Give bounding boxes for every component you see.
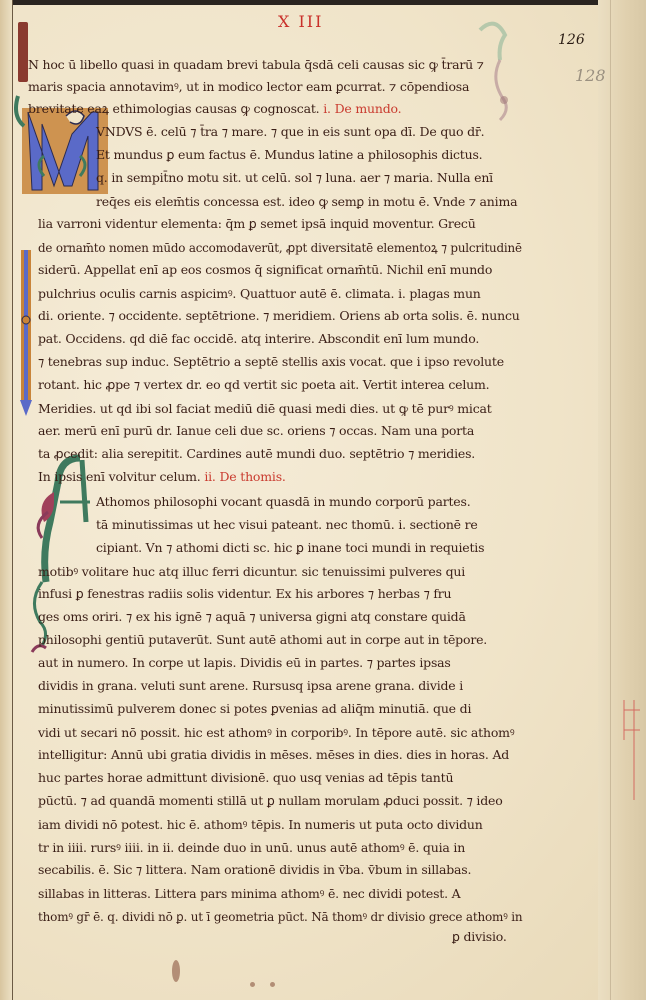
text-line: de ornam̄to nomen mūdo accomodaverūt, ꝓp… — [38, 239, 522, 256]
section-rubric-de-mundo: i. De mundo. — [323, 101, 401, 116]
text-line: ꝑ divisio. — [452, 929, 507, 944]
text-line: ges oms oriri. ⁊ ex his ignē ⁊ aquā ⁊ un… — [38, 609, 466, 624]
text-line: sillabas in litteras. Littera pars minim… — [38, 885, 461, 902]
text-line: minutissimū pulverem donec si potes ꝑven… — [38, 701, 471, 716]
text-line: aer. merū enī purū dr. Ianue celi due sc… — [38, 423, 474, 438]
text-line: VNDVS ē. celū ⁊ t̄ra ⁊ mare. ⁊ que in ei… — [96, 124, 484, 139]
text-line: lia varroni videntur elementa: q̄m ꝑ sem… — [38, 216, 476, 231]
section-rubric-de-thomis: ii. De thomis. — [204, 469, 285, 484]
parchment-stain — [250, 982, 255, 987]
text-line: ⁊ tenebras sup induc. Septētrio a septē … — [38, 354, 504, 369]
text-line: Meridies. ut qd ibi sol faciat mediū diē… — [38, 400, 492, 417]
text-line: Et mundus ꝑ eum factus ē. Mundus latine … — [96, 147, 482, 162]
text-line: huc partes horae admittunt divisionē. qu… — [38, 770, 453, 785]
fore-edge-crease — [610, 0, 611, 1000]
text-line: In ipsis enī volvitur celum. ii. De thom… — [38, 469, 286, 484]
decorated-initial-i — [18, 22, 28, 82]
text-line: dividis in grana. veluti sunt arene. Rur… — [38, 678, 463, 693]
page-fore-edge — [598, 0, 646, 1000]
text-line: thomꝰ gr̄ ē. q. dividi nō ꝑ. ut ī geomet… — [38, 908, 522, 925]
initial-m-descender — [18, 250, 34, 418]
folio-number-ink: 126 — [558, 32, 585, 48]
text-line: rotant. hic ꝓpe ⁊ vertex dr. eo qd verti… — [38, 377, 489, 392]
binding-gutter — [0, 0, 13, 1000]
manuscript-page: X III 126 128 N hoc ū libello quasi in q… — [0, 0, 646, 1000]
text-line: secabilis. ē. Sic ⁊ littera. Nam oration… — [38, 862, 471, 877]
folio-number-pencil: 128 — [575, 66, 606, 85]
marginal-red-marks — [620, 690, 642, 800]
text-line: cipiant. Vn ⁊ athomi dicti sc. hic ꝑ ina… — [96, 540, 484, 555]
text-line: pūctū. ⁊ ad quandā momenti stillā ut ꝑ n… — [38, 793, 503, 808]
text-line: pat. Occidens. qd diē fac occidē. atq in… — [38, 331, 479, 346]
text-line: motibꝰ volitare huc atq illuc ferri dicu… — [38, 563, 465, 580]
chapter-rubric-numeral: X III — [278, 12, 323, 31]
parchment-stain — [172, 960, 180, 982]
text-line: vidi ut secari nō possit. hic est athomꝰ… — [38, 724, 514, 741]
text-line: brevitate eaꝝ ethimologias causas ꝙ cogn… — [28, 100, 401, 117]
text-line: tr in iiii. rursꝰ iiii. in ii. deinde du… — [38, 839, 465, 856]
text-line: maris spacia annotavimꝰ, ut in modico le… — [28, 78, 469, 95]
text-line: pulchrius oculis carnis aspicimꝰ. Quattu… — [38, 285, 481, 302]
top-edge-shadow — [0, 0, 646, 5]
text-line: intelligitur: Annū ubi gratia dividis in… — [38, 747, 509, 762]
text-line: N hoc ū libello quasi in quadam brevi ta… — [28, 56, 484, 73]
text-line: q. in sempit̄no motu sit. ut celū. sol ⁊… — [96, 170, 493, 185]
text-line: iam dividi nō potest. hic ē. athomꝰ tēpi… — [38, 816, 483, 833]
text-line: ta ꝓcedit: alia serepitit. Cardines autē… — [38, 446, 475, 461]
text-line: di. oriente. ⁊ occidente. septētrione. ⁊… — [38, 308, 520, 323]
text-line: Athomos philosophi vocant quasdā in mund… — [96, 494, 471, 509]
text-line: tā minutissimas ut hec visui pateant. ne… — [96, 517, 478, 532]
parchment-stain — [270, 982, 275, 987]
text-line: req̄es eis elem̄tis concessa est. ideo ꝙ… — [96, 193, 517, 210]
text-line: philosophi gentiū putaverūt. Sunt autē a… — [38, 632, 487, 647]
text-line: siderū. Appellat enī ap eos cosmos q̄ si… — [38, 262, 492, 277]
text-line: aut in numero. In corpe ut lapis. Dividi… — [38, 655, 451, 670]
text-line: infusi ꝑ fenestras radiis solis videntur… — [38, 586, 451, 601]
